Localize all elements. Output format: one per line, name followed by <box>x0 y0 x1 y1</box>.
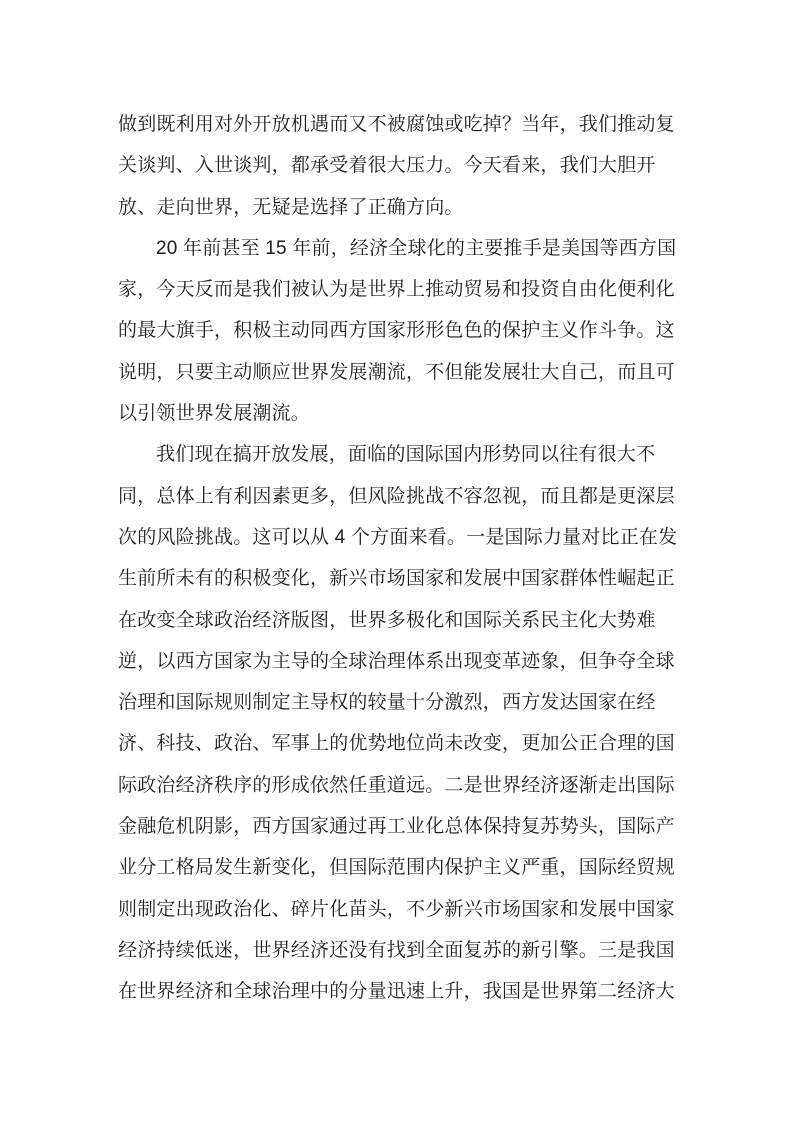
text-line: 我们现在搞开放发展，面临的国际国内形势同以往有很大不 <box>118 434 688 475</box>
document-page: 做到既利用对外开放机遇而又不被腐蚀或吃掉？当年，我们推动复 关谈判、入世谈判，都… <box>118 104 688 1013</box>
text-line: 的最大旗手，积极主动同西方国家形形色色的保护主义作斗争。这 <box>118 310 688 351</box>
text-line: 业分工格局发生新变化，但国际范围内保护主义严重，国际经贸规 <box>118 847 688 888</box>
text-line: 20 年前甚至 15 年前，经济全球化的主要推手是美国等西方国 <box>118 228 688 269</box>
text-line: 金融危机阴影，西方国家通过再工业化总体保持复苏势头，国际产 <box>118 806 688 847</box>
text-line: 家，今天反而是我们被认为是世界上推动贸易和投资自由化便利化 <box>118 269 688 310</box>
text-line: 在世界经济和全球治理中的分量迅速上升，我国是世界第二经济大 <box>118 971 688 1012</box>
text-line: 治理和国际规则制定主导权的较量十分激烈，西方发达国家在经 <box>118 682 688 723</box>
paragraph: 我们现在搞开放发展，面临的国际国内形势同以往有很大不 同，总体上有利因素更多，但… <box>118 434 688 1012</box>
text-line: 济、科技、政治、军事上的优势地位尚未改变，更加公正合理的国 <box>118 723 688 764</box>
text-line: 际政治经济秩序的形成依然任重道远。二是世界经济逐渐走出国际 <box>118 765 688 806</box>
text-line: 做到既利用对外开放机遇而又不被腐蚀或吃掉？当年，我们推动复 <box>118 104 688 145</box>
text-line: 放、走向世界，无疑是选择了正确方向。 <box>118 187 688 228</box>
text-line: 经济持续低迷，世界经济还没有找到全面复苏的新引擎。三是我国 <box>118 930 688 971</box>
paragraph: 做到既利用对外开放机遇而又不被腐蚀或吃掉？当年，我们推动复 关谈判、入世谈判，都… <box>118 104 688 228</box>
text-line: 则制定出现政治化、碎片化苗头，不少新兴市场国家和发展中国家 <box>118 889 688 930</box>
text-line: 生前所未有的积极变化，新兴市场国家和发展中国家群体性崛起正 <box>118 558 688 599</box>
text-line: 在改变全球政治经济版图，世界多极化和国际关系民主化大势难 <box>118 600 688 641</box>
text-line: 关谈判、入世谈判，都承受着很大压力。今天看来，我们大胆开 <box>118 145 688 186</box>
text-line: 次的风险挑战。这可以从 4 个方面来看。一是国际力量对比正在发 <box>118 517 688 558</box>
text-line: 说明，只要主动顺应世界发展潮流，不但能发展壮大自己，而且可 <box>118 352 688 393</box>
text-line: 以引领世界发展潮流。 <box>118 393 688 434</box>
text-line: 同，总体上有利因素更多，但风险挑战不容忽视，而且都是更深层 <box>118 476 688 517</box>
paragraph: 20 年前甚至 15 年前，经济全球化的主要推手是美国等西方国 家，今天反而是我… <box>118 228 688 434</box>
text-line: 逆，以西方国家为主导的全球治理体系出现变革迹象，但争夺全球 <box>118 641 688 682</box>
